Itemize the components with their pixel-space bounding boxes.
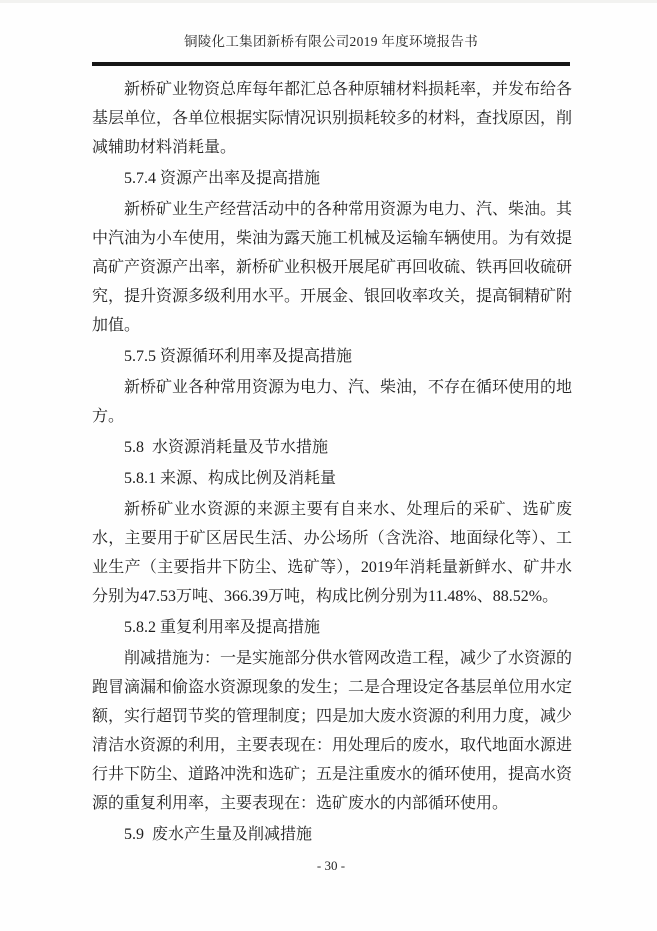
page-header: 铜陵化工集团新桥有限公司2019 年度环境报告书 (0, 0, 657, 66)
body-paragraph: 削减措施为：一是实施部分供水管网改造工程，减少了水资源的跑冒滴漏和偷盗水资源现象… (92, 644, 572, 818)
section-heading: 5.8 水资源消耗量及节水措施 (92, 433, 572, 462)
document-page: 铜陵化工集团新桥有限公司2019 年度环境报告书 新桥矿业物资总库每年都汇总各种… (0, 0, 657, 931)
section-heading: 5.9 废水产生量及削减措施 (92, 820, 572, 849)
section-heading: 5.7.5 资源循环利用率及提高措施 (92, 342, 572, 371)
report-title: 铜陵化工集团新桥有限公司2019 年度环境报告书 (92, 0, 570, 49)
body-paragraph: 新桥矿业物资总库每年都汇总各种原辅材料损耗率，并发布给各基层单位，各单位根据实际… (92, 75, 572, 162)
scan-edge (0, 0, 657, 3)
section-heading: 5.8.2 重复利用率及提高措施 (92, 613, 572, 642)
body-paragraph: 新桥矿业水资源的来源主要有自来水、处理后的采矿、选矿废水，主要用于矿区居民生活、… (92, 495, 572, 611)
section-heading: 5.7.4 资源产出率及提高措施 (92, 164, 572, 193)
body-paragraph: 新桥矿业生产经营活动中的各种常用资源为电力、汽、柴油。其中汽油为小车使用，柴油为… (92, 195, 572, 340)
page-footer: - 30 - (92, 858, 570, 874)
page-number: - 30 - (317, 858, 345, 873)
document-body: 新桥矿业物资总库每年都汇总各种原辅材料损耗率，并发布给各基层单位，各单位根据实际… (92, 75, 572, 849)
body-paragraph: 新桥矿业各种常用资源为电力、汽、柴油，不存在循环使用的地方。 (92, 373, 572, 431)
section-heading: 5.8.1 来源、构成比例及消耗量 (92, 464, 572, 493)
header-rule (92, 62, 570, 66)
